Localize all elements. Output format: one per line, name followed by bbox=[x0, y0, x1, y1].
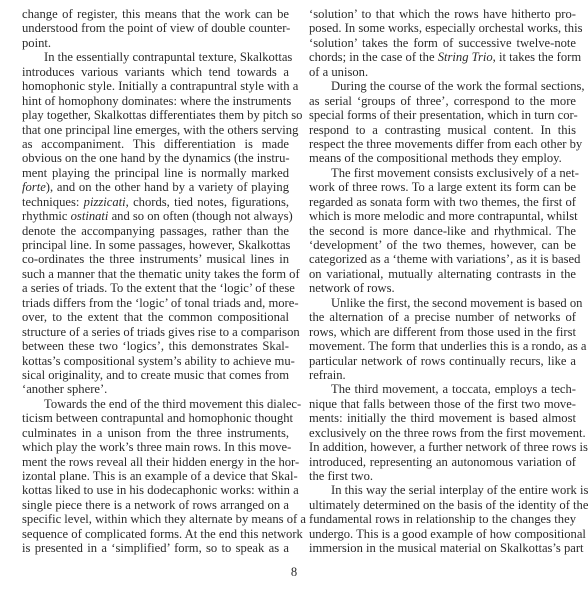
text-line: In addition, however, a further network … bbox=[309, 440, 576, 454]
text-line: respond to a contrasting musical content… bbox=[309, 123, 576, 137]
text-line: refrain. bbox=[309, 368, 576, 382]
text-line: categorized as a ‘theme with variations’… bbox=[309, 252, 576, 266]
text-line: single piece there is a network of rows … bbox=[22, 498, 289, 512]
text-line: posed. In some works, especially orchest… bbox=[309, 21, 576, 35]
text-line: the second is more dance-like and rhythm… bbox=[309, 224, 576, 238]
text-line: The third movement, a toccata, employs a… bbox=[309, 382, 576, 396]
text-line: special forms of their presentation, whi… bbox=[309, 108, 576, 122]
text-line: Towards the end of the third movement th… bbox=[22, 397, 289, 411]
text-line: ‘solution’ takes the form of successive … bbox=[309, 36, 576, 50]
italic-term: String Trio bbox=[438, 50, 493, 64]
text-line: ‘development’ of the two themes, however… bbox=[309, 238, 576, 252]
text-line: which is more melodic and more contrapun… bbox=[309, 209, 576, 223]
text-line: as accompaniment. This differentiation i… bbox=[22, 137, 289, 151]
text-line: ment the rows reveal all their hidden en… bbox=[22, 455, 289, 469]
text-line: hint of homophony dominates: where the i… bbox=[22, 94, 289, 108]
text-line: such a manner that the thematic unity ta… bbox=[22, 267, 289, 281]
text-line: particular network of rows continually r… bbox=[309, 354, 576, 368]
text-line: between these two ‘logics’, this demonst… bbox=[22, 339, 289, 353]
text-line: of a unison. bbox=[309, 65, 576, 79]
text-line: on variational, mutually alternating con… bbox=[309, 267, 576, 281]
text-line: means of the compositional methods they … bbox=[309, 151, 576, 165]
text-line: a series of triads. To the extent that t… bbox=[22, 281, 289, 295]
text-line: over, to the extent that the common comp… bbox=[22, 310, 289, 324]
text-line: principal line. In some passages, howeve… bbox=[22, 238, 289, 252]
text-line: The first movement consists exclusively … bbox=[309, 166, 576, 180]
text-line: rhythmic ostinati and so on often (thoug… bbox=[22, 209, 289, 223]
text-line: In the essentially contrapuntal texture,… bbox=[22, 50, 289, 64]
text-line: understood from the point of view of dou… bbox=[22, 21, 289, 35]
text-line: the first two. bbox=[309, 469, 576, 483]
text-line: kottas liked to use in his dodecaphonic … bbox=[22, 483, 289, 497]
italic-term: ostinati bbox=[71, 209, 109, 223]
text-line: immersion in the musical material on Ska… bbox=[309, 541, 576, 555]
text-line: co-ordinates the three instruments’ musi… bbox=[22, 252, 289, 266]
text-line: network of rows. bbox=[309, 281, 576, 295]
text-line: nique that falls between those of the fi… bbox=[309, 397, 576, 411]
text-line: forte), and on the other hand by a varie… bbox=[22, 180, 289, 194]
text-line: movement. The form that underlies this i… bbox=[309, 339, 576, 353]
text-line: the alternation of a precise number of n… bbox=[309, 310, 576, 324]
text-line: as serial ‘groups of three’, correspond … bbox=[309, 94, 576, 108]
text-line: work of three rows. To a large extent it… bbox=[309, 180, 576, 194]
text-line: which play the work’s three main rows. I… bbox=[22, 440, 289, 454]
text-line: structure of a series of triads gives ri… bbox=[22, 325, 289, 339]
text-line: ticism between contrapuntal and homophon… bbox=[22, 411, 289, 425]
text-line: sical originality, and to create music t… bbox=[22, 368, 289, 382]
italic-term: pizzicati bbox=[84, 195, 126, 209]
text-line: introduces various variants which tend t… bbox=[22, 65, 289, 79]
italic-term: forte bbox=[22, 180, 46, 194]
text-line: rows, which are different from those use… bbox=[309, 325, 576, 339]
text-line: homophonic style. Initially a contrapunt… bbox=[22, 79, 289, 93]
text-line: denote the accompanying passages, rather… bbox=[22, 224, 289, 238]
text-line: exclusively on the three rows from the f… bbox=[309, 426, 576, 440]
text-line: is presented in a ‘simplified’ form, so … bbox=[22, 541, 289, 555]
text-line: specific level, within which they altern… bbox=[22, 512, 289, 526]
text-line: undergo. This is a good example of how c… bbox=[309, 527, 576, 541]
text-line: chords; in the case of the String Trio, … bbox=[309, 50, 576, 64]
text-line: culminates in a unison from the three in… bbox=[22, 426, 289, 440]
text-line: izontal plane. This is an example of a d… bbox=[22, 469, 289, 483]
text-line: that one principal line emerges, with th… bbox=[22, 123, 289, 137]
text-line: introduced, representing an autonomous v… bbox=[309, 455, 576, 469]
text-line: ‘solution’ to that which the rows have h… bbox=[309, 7, 576, 21]
left-text-column: change of register, this means that the … bbox=[22, 7, 289, 556]
text-line: During the course of the work the formal… bbox=[309, 79, 576, 93]
text-line: change of register, this means that the … bbox=[22, 7, 289, 21]
text-line: kottas’s compositional system’s ability … bbox=[22, 354, 289, 368]
text-line: regarded as sonata form with two themes,… bbox=[309, 195, 576, 209]
text-line: ultimately determined on the basis of th… bbox=[309, 498, 576, 512]
text-line: Unlike the first, the second movement is… bbox=[309, 296, 576, 310]
text-line: ments: initially the third movement is b… bbox=[309, 411, 576, 425]
right-text-column: ‘solution’ to that which the rows have h… bbox=[309, 7, 576, 556]
text-line: respect the three movements differ from … bbox=[309, 137, 576, 151]
text-line: techniques: pizzicati, chords, tied note… bbox=[22, 195, 289, 209]
text-line: ‘another sphere’. bbox=[22, 382, 289, 396]
text-line: play together, Skalkottas differentiates… bbox=[22, 108, 289, 122]
text-line: triads differs from the ‘logic’ of tonal… bbox=[22, 296, 289, 310]
text-line: obvious on the one hand by the dynamics … bbox=[22, 151, 289, 165]
text-line: In this way the serial interplay of the … bbox=[309, 483, 576, 497]
text-line: sequence of complicated forms. At the en… bbox=[22, 527, 289, 541]
text-line: fundamental rows in relationship to the … bbox=[309, 512, 576, 526]
text-line: ment playing the principal line is norma… bbox=[22, 166, 289, 180]
page-number: 8 bbox=[0, 565, 588, 580]
text-line: point. bbox=[22, 36, 289, 50]
